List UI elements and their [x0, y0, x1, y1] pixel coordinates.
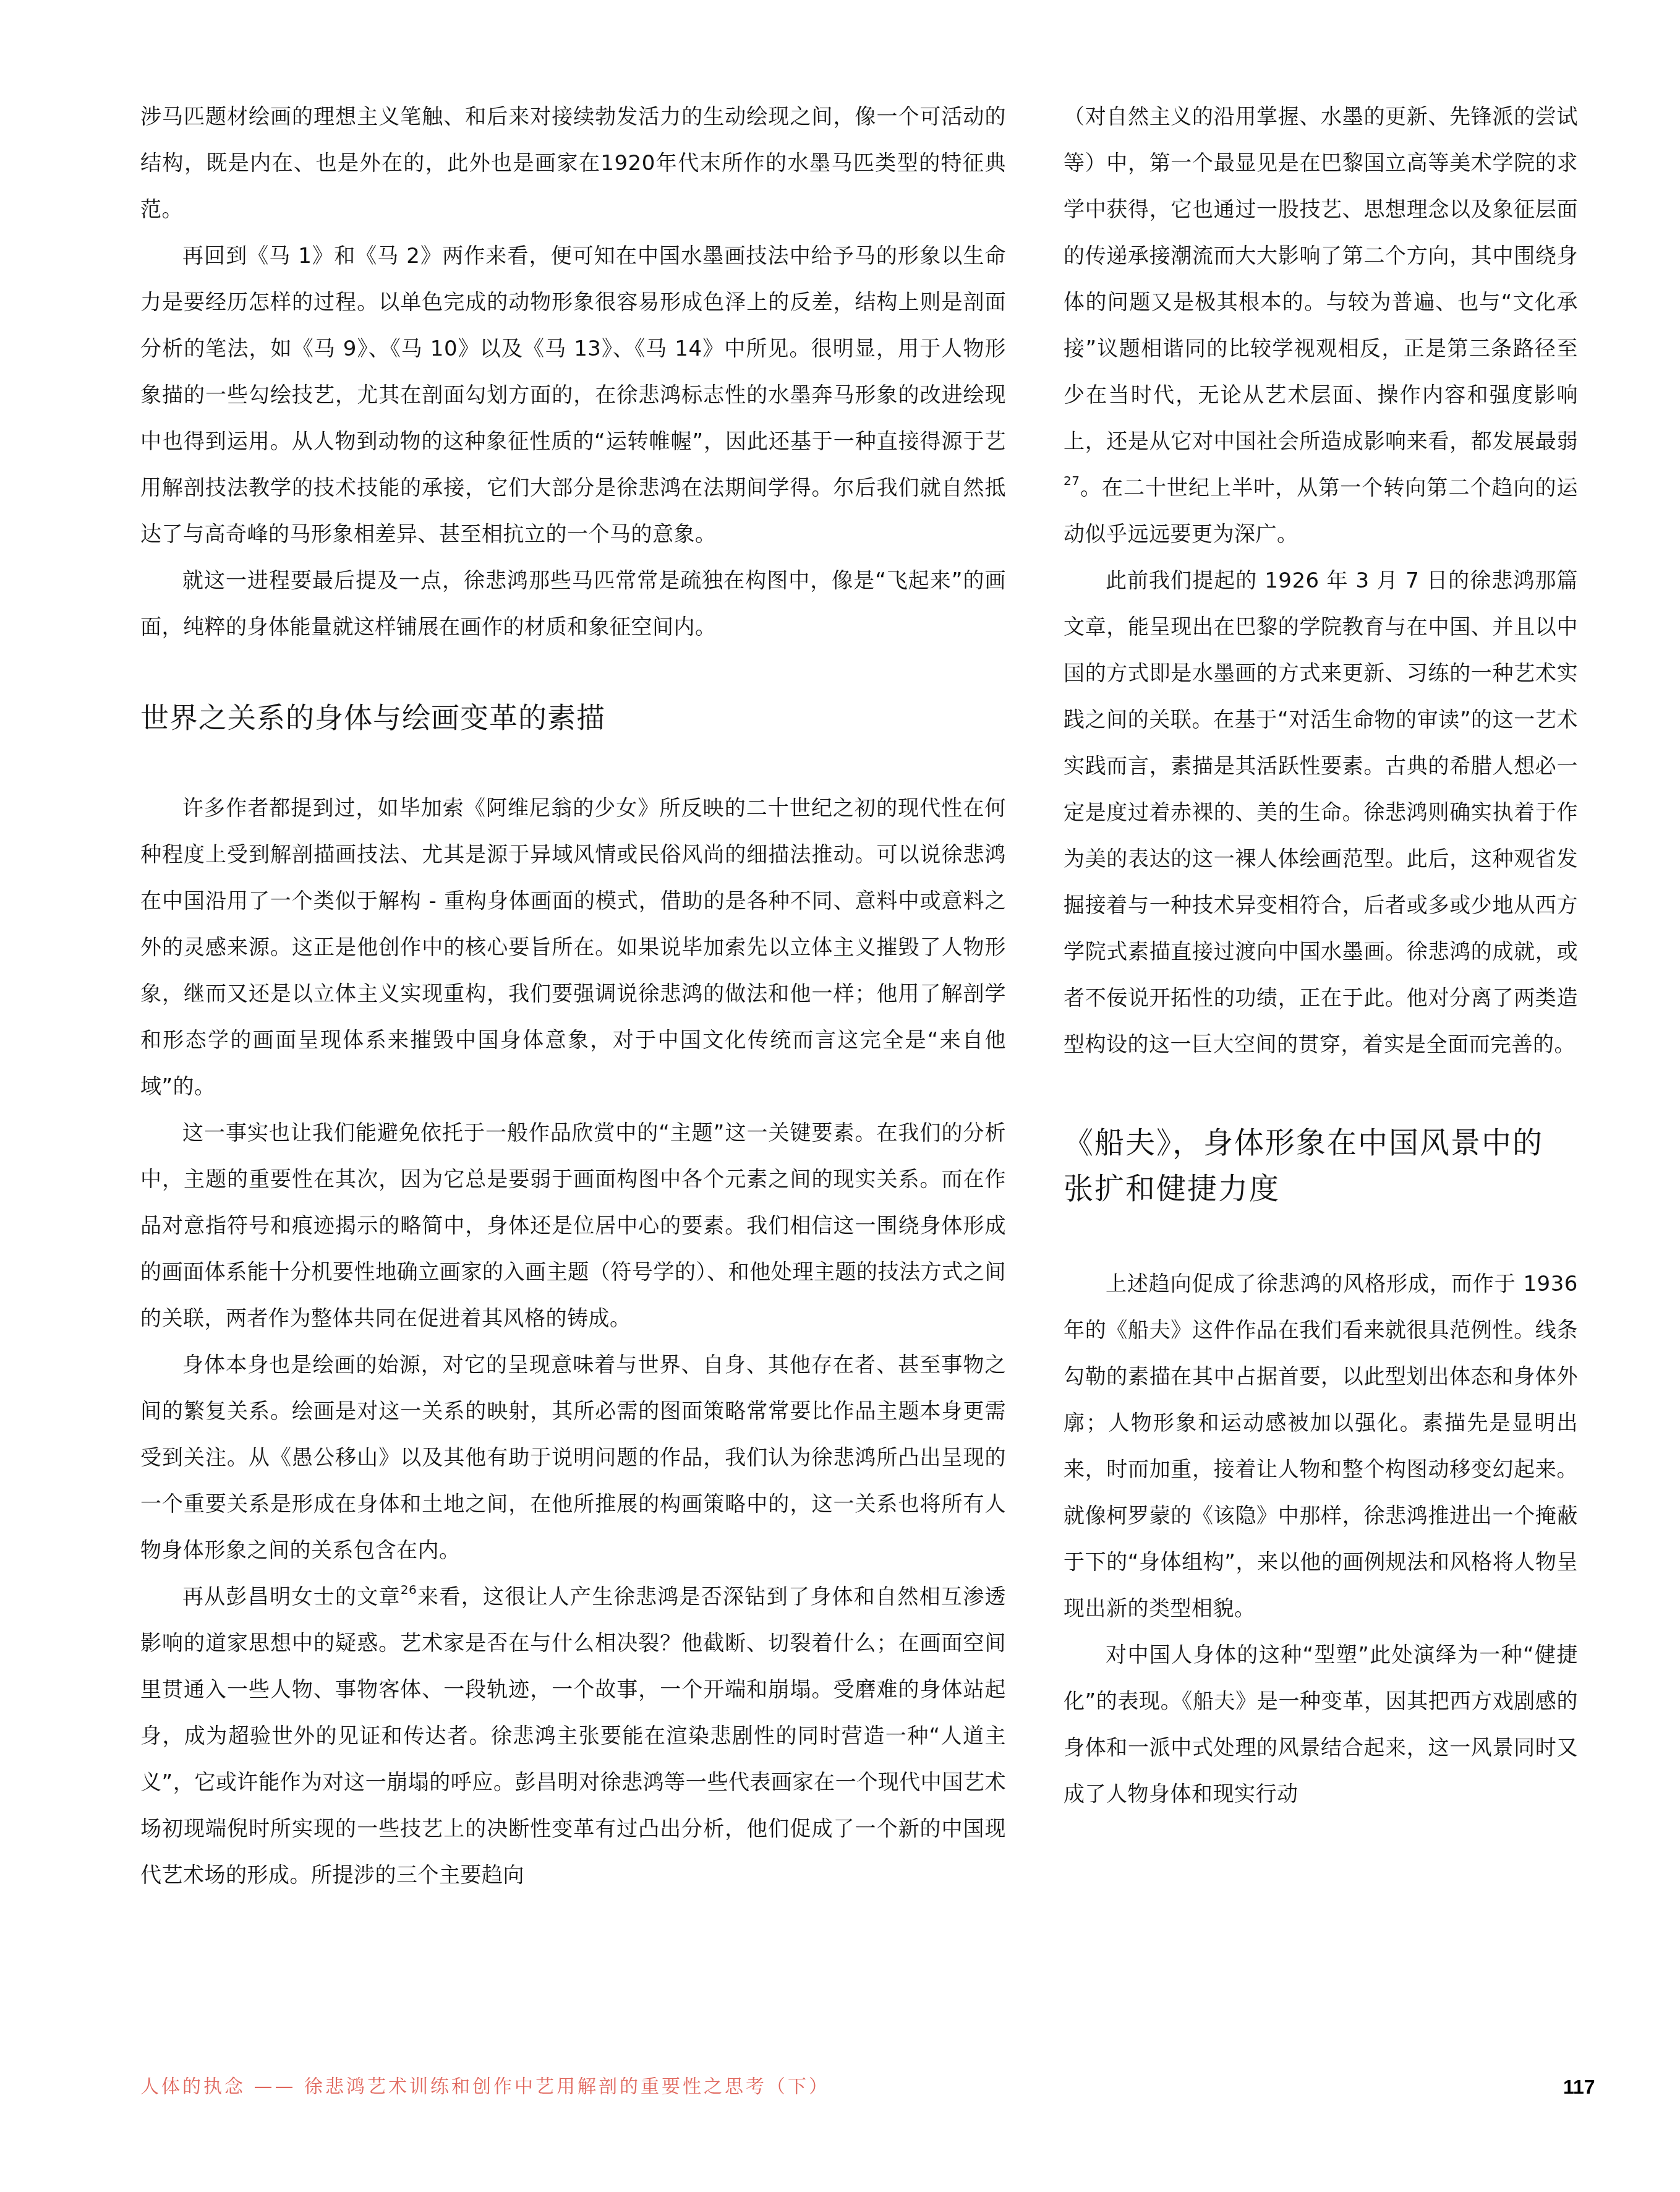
- paragraph: 上述趋向促成了徐悲鸿的风格形成，而作于 1936年的《船夫》这件作品在我们看来就…: [1064, 1261, 1578, 1632]
- right-column: （对自然主义的沿用掌握、水墨的更新、先锋派的尝试等）中，第一个最显见是在巴黎国立…: [1064, 94, 1578, 1818]
- paragraph: 许多作者都提到过，如毕加索《阿维尼翁的少女》所反映的二十世纪之初的现代性在何种程…: [140, 786, 1006, 1110]
- heading-line: 张扩和健捷力度: [1064, 1171, 1280, 1206]
- paragraph: 这一事实也让我们能避免依托于一般作品欣赏中的“主题”这一关键要素。在我们的分析中…: [140, 1110, 1006, 1342]
- paragraph-with-footnote: 再从彭昌明女士的文章26来看，这很让人产生徐悲鸿是否深钻到了身体和自然相互渗透影…: [140, 1574, 1006, 1899]
- paragraph-text: 来看，这很让人产生徐悲鸿是否深钻到了身体和自然相互渗透影响的道家思想中的疑惑。艺…: [140, 1585, 1006, 1888]
- footnote-marker[interactable]: 26: [401, 1582, 417, 1597]
- section-heading: 《船夫》，身体形象在中国风景中的张扩和健捷力度: [1064, 1120, 1578, 1212]
- paragraph: 此前我们提起的 1926 年 3 月 7 日的徐悲鸿那篇文章，能呈现出在巴黎的学…: [1064, 558, 1578, 1068]
- footnote-marker[interactable]: 27: [1064, 473, 1080, 488]
- paragraph-with-footnote: （对自然主义的沿用掌握、水墨的更新、先锋派的尝试等）中，第一个最显见是在巴黎国立…: [1064, 94, 1578, 558]
- paragraph: 就这一进程要最后提及一点，徐悲鸿那些马匹常常是疏独在构图中，像是“飞起来”的画面…: [140, 558, 1006, 651]
- left-column: 涉马匹题材绘画的理想主义笔触、和后来对接续勃发活力的生动绘现之间，像一个可活动的…: [140, 94, 1006, 1899]
- running-footer-title: 人体的执念 —— 徐悲鸿艺术训练和创作中艺用解剖的重要性之思考（下）: [140, 2073, 830, 2100]
- paragraph: 涉马匹题材绘画的理想主义笔触、和后来对接续勃发活力的生动绘现之间，像一个可活动的…: [140, 94, 1006, 233]
- paragraph-text: （对自然主义的沿用掌握、水墨的更新、先锋派的尝试等）中，第一个最显见是在巴黎国立…: [1064, 105, 1578, 454]
- page-number: 117: [1563, 2073, 1595, 2100]
- section-heading: 世界之关系的身体与绘画变革的素描: [140, 699, 1006, 736]
- paragraph-text: 。在二十世纪上半叶，从第一个转向第二个趋向的运动似乎远远要更为深广。: [1064, 476, 1578, 547]
- heading-line: 《船夫》，身体形象在中国风景中的: [1064, 1126, 1543, 1160]
- paragraph: 身体本身也是绘画的始源，对它的呈现意味着与世界、自身、其他存在者、甚至事物之间的…: [140, 1342, 1006, 1574]
- paragraph: 再回到《马 1》和《马 2》两作来看，便可知在中国水墨画技法中给予马的形象以生命…: [140, 233, 1006, 558]
- paragraph-text: 再从彭昌明女士的文章: [182, 1585, 401, 1609]
- paragraph: 对中国人身体的这种“型塑”此处演绎为一种“健捷化”的表现。《船夫》是一种变革，因…: [1064, 1632, 1578, 1818]
